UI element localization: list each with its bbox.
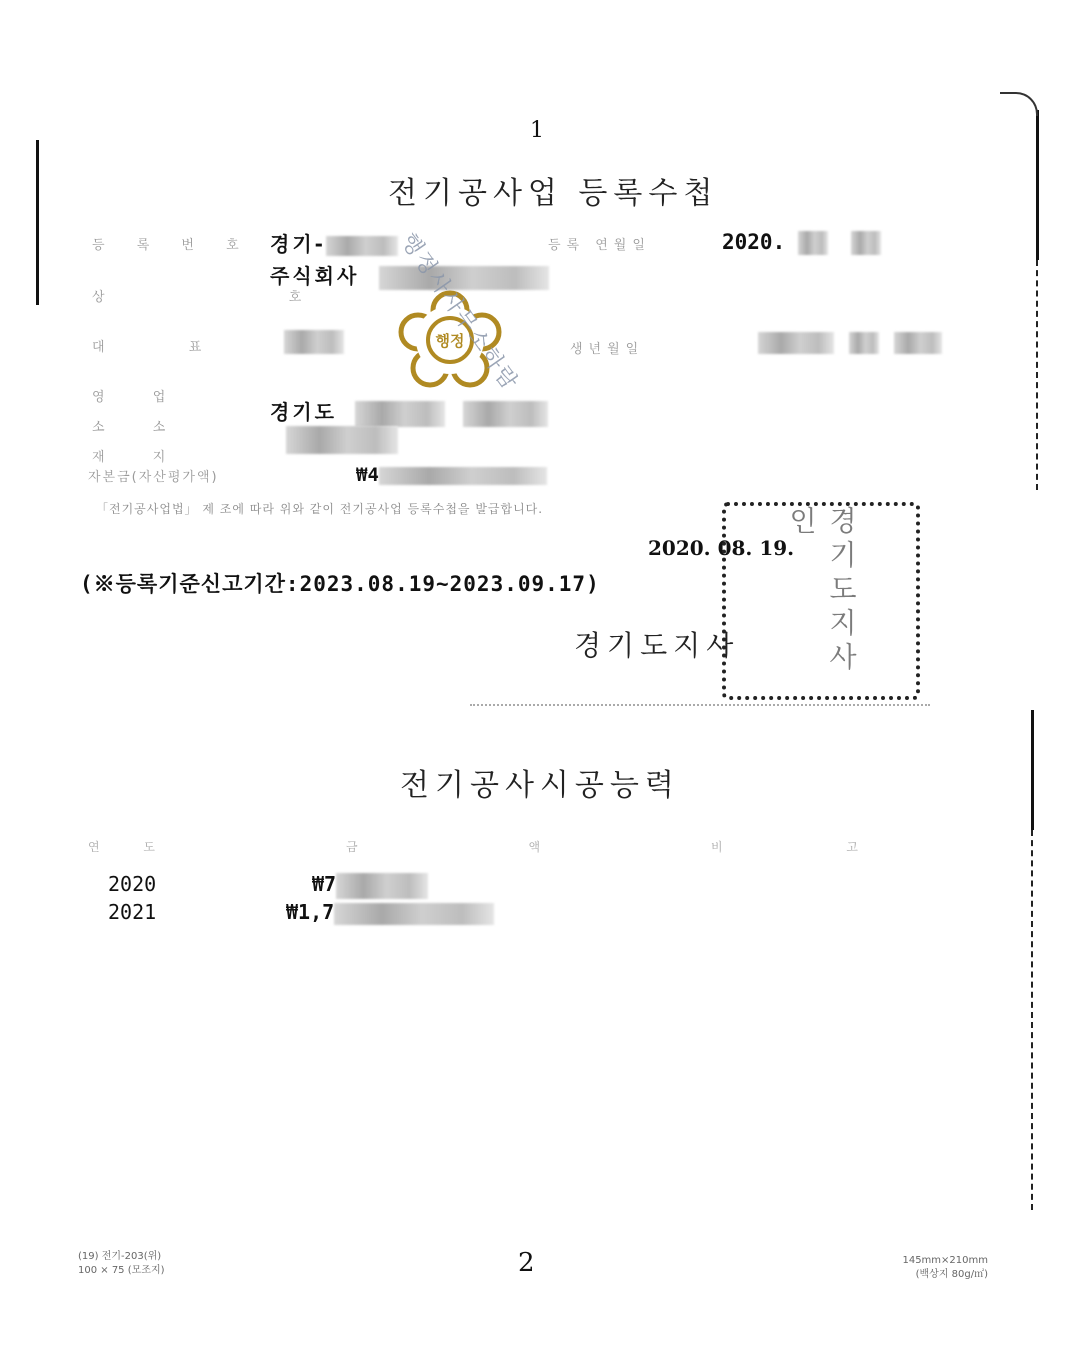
address-value: 경기도 — [270, 396, 548, 427]
reg-no-value: 경기- — [270, 228, 398, 257]
footer-page-number: 2 — [518, 1248, 535, 1278]
label-location: 영 업 소 소 재 지 — [92, 383, 242, 473]
section2-title: 전기공사시공능력 — [400, 760, 680, 804]
header-note: 비 고 — [711, 838, 918, 855]
header-year: 연 도 — [88, 838, 175, 855]
redacted-address-3 — [286, 426, 398, 454]
right-edge-mark-top-dashed — [1036, 260, 1038, 490]
redacted-representative — [284, 330, 344, 354]
redacted-reg-month — [798, 231, 828, 255]
seal-bottom-noise — [470, 704, 930, 706]
reg-date-value: 2020. — [722, 230, 881, 255]
footer-left-line2: 100 × 75 (모조지) — [78, 1264, 165, 1278]
row-amount-prefix: ₩1,7 — [286, 900, 334, 924]
footer-right: 145mm×210mm (백상지 80g/㎡) — [812, 1254, 988, 1282]
label-reg-date: 등록 연월일 — [548, 234, 651, 253]
right-edge-mark-top — [1036, 110, 1039, 260]
redacted-birth — [758, 332, 834, 354]
header-amount-2: 액 — [528, 838, 540, 855]
redacted-birth-3 — [894, 332, 942, 354]
birth-value — [758, 332, 942, 354]
reg-date-prefix: 2020. — [722, 230, 785, 254]
capital-prefix: ₩4 — [356, 464, 379, 486]
footer-left: (19) 전기-203(위) 100 × 75 (모조지) — [78, 1250, 165, 1278]
notice-line: 「전기공사업법」 제 조에 따라 위와 같이 전기공사업 등록수첩을 발급합니다… — [96, 500, 543, 517]
right-edge-curve — [1000, 92, 1038, 116]
redacted-amount-2020 — [336, 873, 428, 899]
footer-left-line1: (19) 전기-203(위) — [78, 1250, 165, 1264]
section1-title: 전기공사업 등록수첩 — [388, 168, 718, 212]
redacted-amount-2021 — [334, 903, 494, 925]
section2-table-header: 연 도 금 액 비 고 — [88, 838, 918, 855]
redacted-reg-day — [851, 231, 881, 255]
report-period: (※등록기준신고기간:2023.08.19~2023.09.17) — [80, 568, 600, 598]
reg-no-prefix: 경기- — [270, 232, 326, 256]
table-row: 2021 — [108, 900, 156, 924]
left-edge-mark — [36, 140, 39, 305]
redacted-address-2 — [463, 401, 548, 427]
right-edge-mark-bottom-dashed — [1031, 830, 1033, 1210]
header-amount-1: 금 — [346, 838, 358, 855]
redacted-reg-no — [326, 236, 398, 256]
address-line2 — [286, 426, 398, 454]
footer-right-line1: 145mm×210mm — [812, 1254, 988, 1268]
redacted-birth-2 — [849, 332, 879, 354]
redacted-capital — [379, 467, 547, 485]
issuer-name: 경기도지사 — [574, 624, 739, 664]
redacted-company-name — [379, 266, 549, 290]
company-prefix: 주식회사 — [270, 264, 359, 288]
row-year: 2020 — [108, 872, 156, 896]
row-year: 2021 — [108, 900, 156, 924]
row-amount-prefix: ₩7 — [312, 872, 336, 896]
seal-text: 경기도지사인 — [781, 506, 861, 696]
address-prefix: 경기도 — [270, 400, 337, 424]
table-row-amount: ₩1,7 — [286, 900, 494, 925]
label-birth: 생년월일 — [570, 338, 644, 357]
representative-value — [284, 330, 344, 354]
right-edge-mark-bottom — [1031, 710, 1034, 830]
table-row: 2020 — [108, 872, 156, 896]
label-reg-no: 등 록 번 호 — [92, 234, 253, 253]
capital-value: ₩4 — [356, 464, 547, 486]
page-top-number: 1 — [530, 118, 544, 143]
table-row-amount: ₩7 — [312, 872, 428, 899]
redacted-address-1 — [355, 401, 445, 427]
footer-right-line2: (백상지 80g/㎡) — [812, 1268, 988, 1282]
official-seal: 경기도지사인 — [722, 502, 920, 700]
label-capital: 자본금(자산평가액) — [88, 466, 219, 485]
